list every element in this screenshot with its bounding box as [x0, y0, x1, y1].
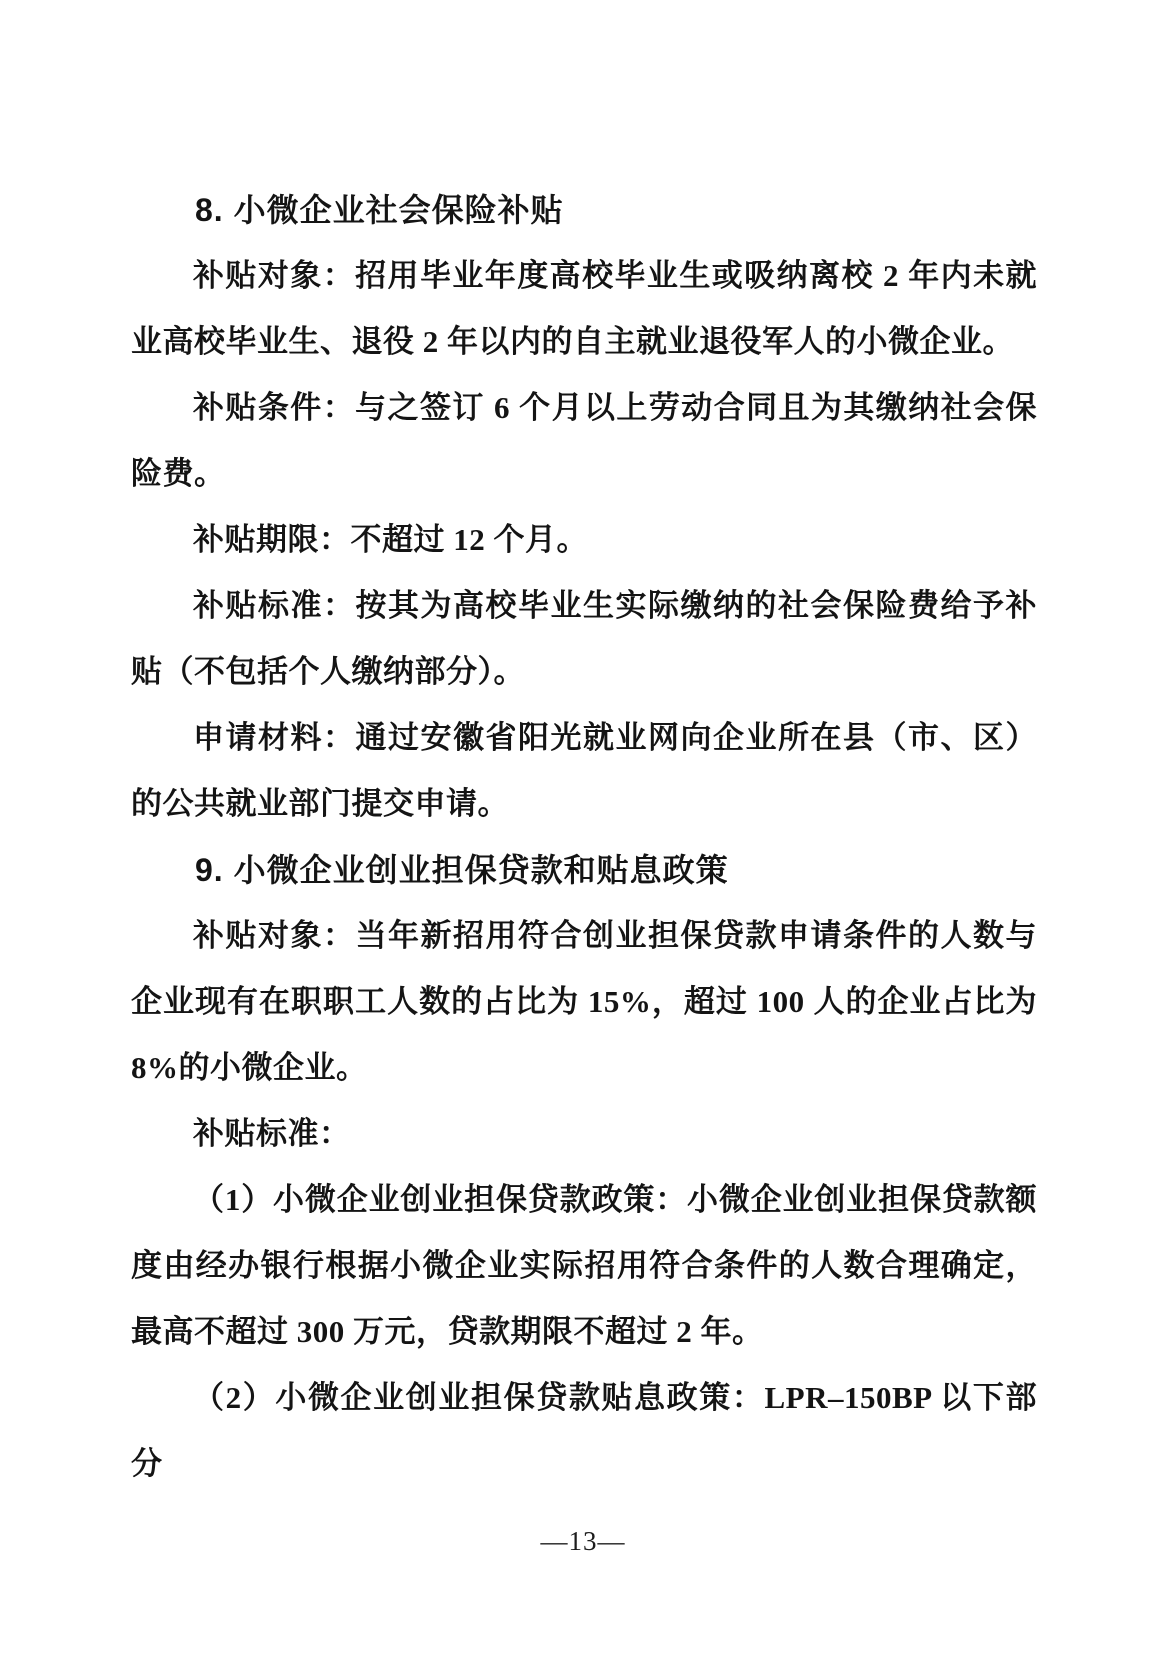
page-number: —13— [541, 1526, 626, 1556]
section-heading: 8. 小微企业社会保险补贴 [131, 177, 1037, 243]
body-paragraph: 补贴对象：招用毕业年度高校毕业生或吸纳离校 2 年内未就业高校毕业生、退役 2 … [131, 243, 1037, 375]
document-body: 8. 小微企业社会保险补贴补贴对象：招用毕业年度高校毕业生或吸纳离校 2 年内未… [131, 177, 1037, 1497]
section-heading: 9. 小微企业创业担保贷款和贴息政策 [131, 837, 1037, 903]
body-paragraph: （2）小微企业创业担保贷款贴息政策：LPR–150BP 以下部分 [131, 1365, 1037, 1497]
body-paragraph: 补贴标准：按其为高校毕业生实际缴纳的社会保险费给予补贴（不包括个人缴纳部分）。 [131, 573, 1037, 705]
body-paragraph: 补贴期限：不超过 12 个月。 [131, 507, 1037, 573]
page-footer: —13— [0, 1526, 1166, 1557]
body-paragraph: 补贴条件：与之签订 6 个月以上劳动合同且为其缴纳社会保险费。 [131, 375, 1037, 507]
body-paragraph: 补贴标准： [131, 1101, 1037, 1167]
document-page: 8. 小微企业社会保险补贴补贴对象：招用毕业年度高校毕业生或吸纳离校 2 年内未… [0, 0, 1166, 1654]
body-paragraph: （1）小微企业创业担保贷款政策：小微企业创业担保贷款额度由经办银行根据小微企业实… [131, 1167, 1037, 1365]
body-paragraph: 申请材料：通过安徽省阳光就业网向企业所在县（市、区）的公共就业部门提交申请。 [131, 705, 1037, 837]
body-paragraph: 补贴对象：当年新招用符合创业担保贷款申请条件的人数与企业现有在职职工人数的占比为… [131, 903, 1037, 1101]
